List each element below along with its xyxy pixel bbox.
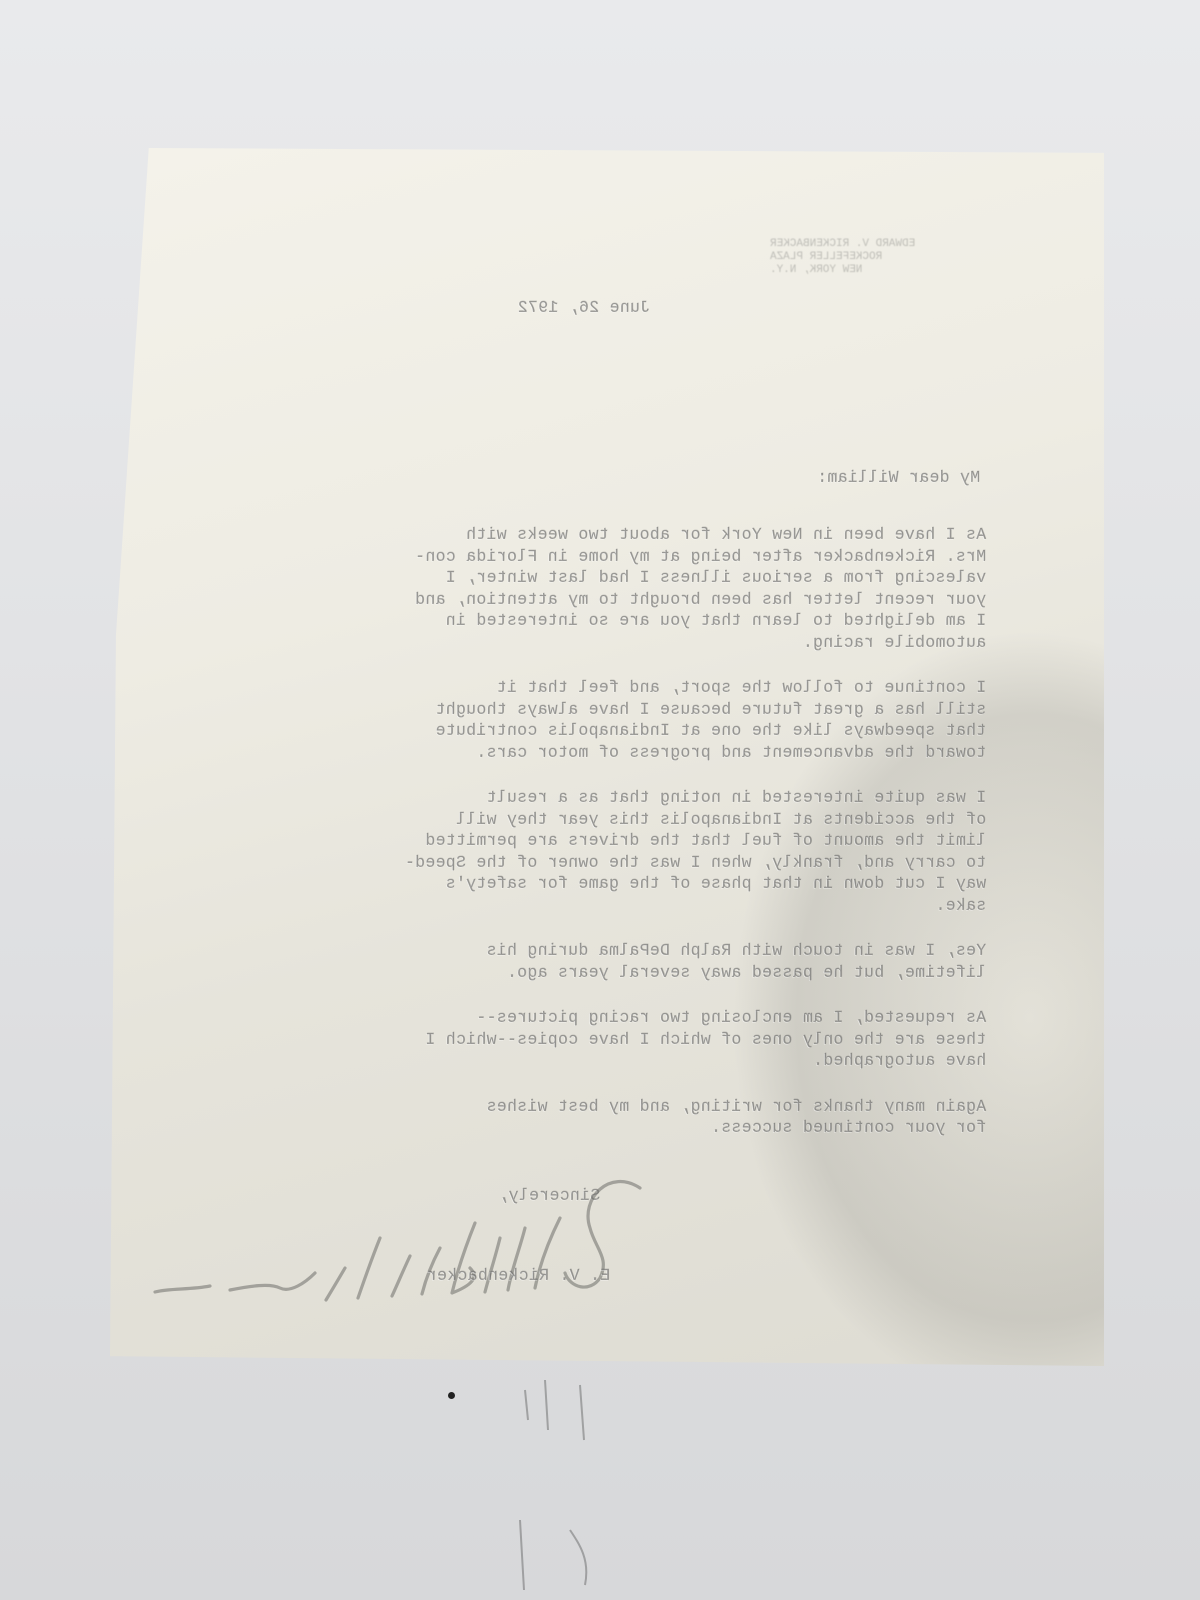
salutation: My dear William:	[740, 468, 980, 487]
surface-marks	[500, 1370, 620, 1600]
letter-body: As I have been in New York for about two…	[230, 524, 986, 1163]
body-paragraph: I continue to follow the sport, and feel…	[230, 677, 986, 763]
letterhead-line: EDWARD V. RICKENBACKER	[770, 238, 990, 251]
letterhead: EDWARD V. RICKENBACKER ROCKEFELLER PLAZA…	[770, 238, 990, 277]
letterhead-line: NEW YORK, N.Y.	[770, 264, 990, 277]
body-paragraph: As I have been in New York for about two…	[230, 524, 986, 653]
closing: Sincerely,	[390, 1186, 600, 1205]
surface-speck	[448, 1392, 455, 1399]
body-paragraph: Again many thanks for writing, and my be…	[230, 1096, 986, 1139]
letter-sheet: EDWARD V. RICKENBACKER ROCKEFELLER PLAZA…	[110, 148, 1104, 1366]
typed-signatory-name: E. V. Rickenbacker	[350, 1266, 610, 1285]
body-paragraph: Yes, I was in touch with Ralph DePalma d…	[230, 940, 986, 983]
body-paragraph: I was quite interested in noting that as…	[230, 787, 986, 916]
letter-date: June 26, 1972	[410, 298, 650, 317]
body-paragraph: As requested, I am enclosing two racing …	[230, 1007, 986, 1072]
letterhead-line: ROCKEFELLER PLAZA	[770, 251, 990, 264]
